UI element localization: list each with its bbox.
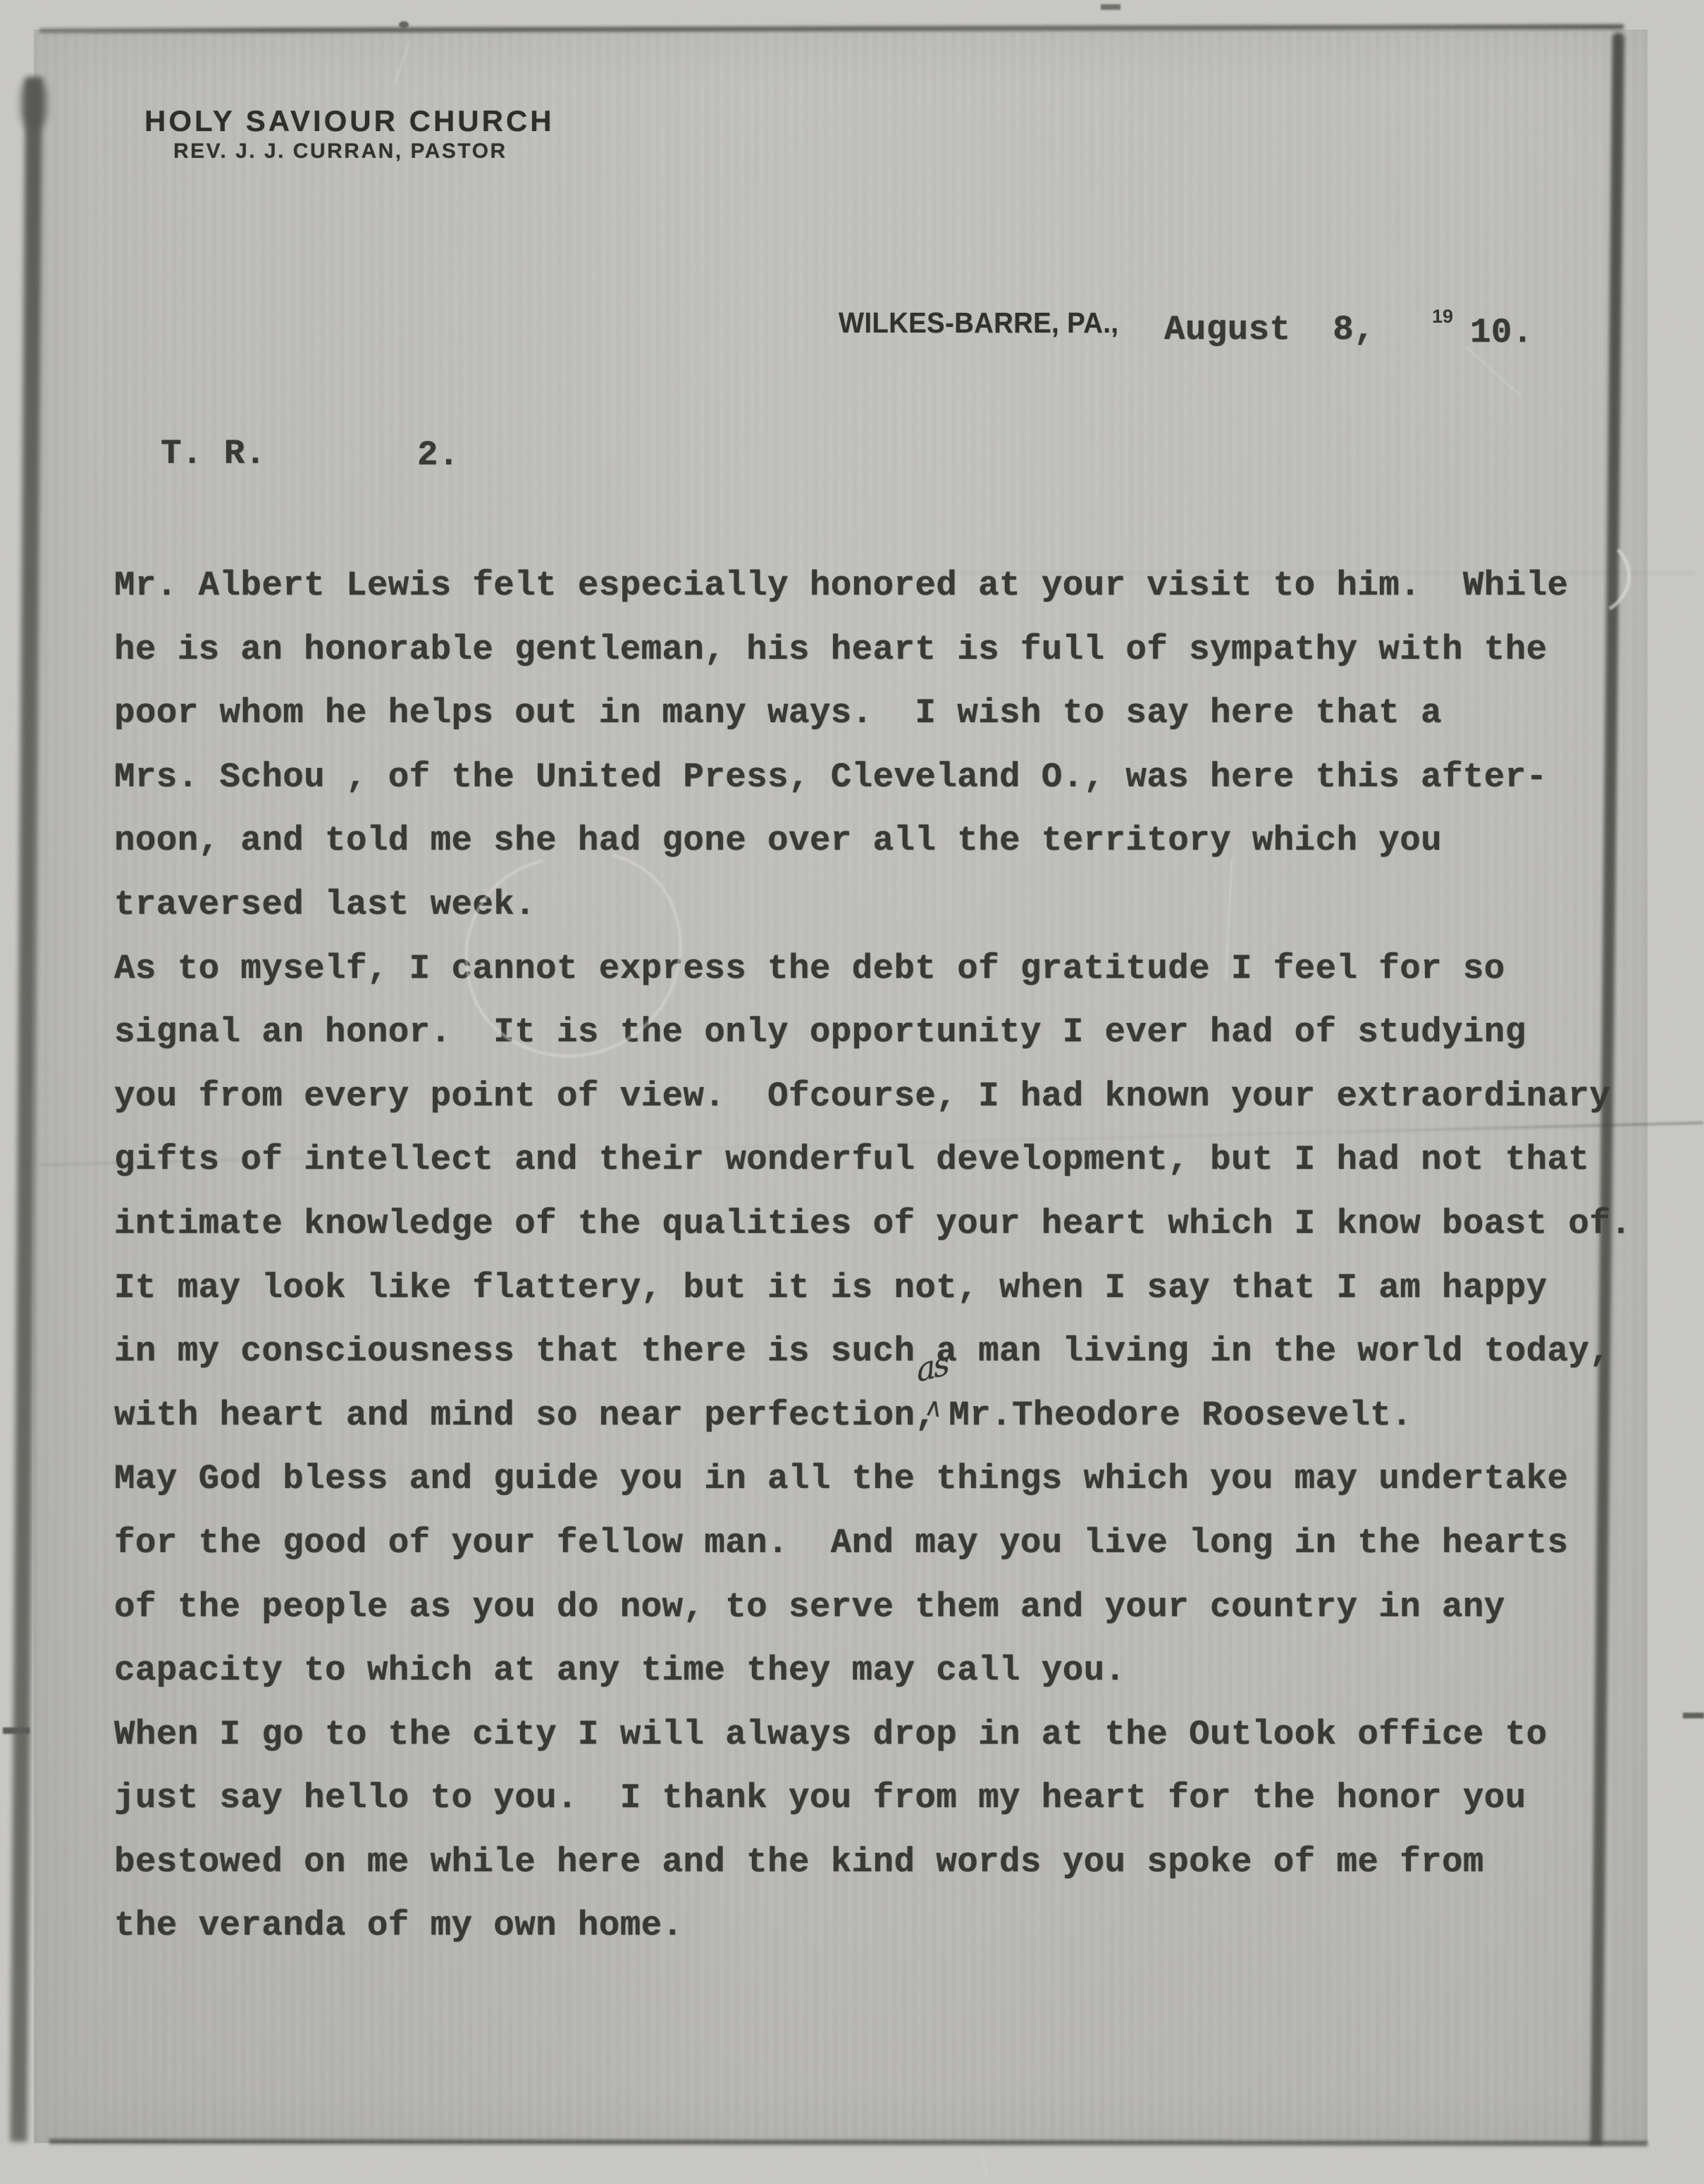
typed-line: It may look like flattery, but it is not… bbox=[114, 1256, 1650, 1320]
typed-line: traversed last week. bbox=[114, 873, 1650, 937]
typed-year: 10. bbox=[1470, 316, 1533, 350]
scanned-letter-photo: HOLY SAVIOUR CHURCH REV. J. J. CURRAN, P… bbox=[0, 0, 1704, 2184]
typed-date: August 8, bbox=[1164, 313, 1375, 347]
letterhead-church-name: HOLY SAVIOUR CHURCH bbox=[144, 106, 555, 136]
typed-line: Mrs. Schou , of the United Press, Clevel… bbox=[114, 745, 1650, 809]
typed-line: poor whom he helps out in many ways. I w… bbox=[114, 681, 1650, 745]
typed-line: of the people as you do now, to serve th… bbox=[114, 1575, 1650, 1639]
typed-line: just say hello to you. I thank you from … bbox=[114, 1766, 1650, 1830]
recipient-initials: T. R. bbox=[161, 437, 266, 471]
typed-line: gifts of intellect and their wonderful d… bbox=[114, 1128, 1650, 1192]
typed-line: May God bless and guide you in all the t… bbox=[114, 1447, 1650, 1511]
typed-line-segment: with heart and mind so near perfection, bbox=[114, 1396, 936, 1435]
typed-line: you from every point of view. Ofcourse, … bbox=[114, 1065, 1650, 1129]
typed-line-segment: Mr.Theodore Roosevelt. bbox=[949, 1396, 1412, 1435]
letterhead-pastor-line: REV. J. J. CURRAN, PASTOR bbox=[173, 141, 507, 162]
typed-line: noon, and told me she had gone over all … bbox=[114, 809, 1650, 873]
stray-mark-top bbox=[399, 21, 409, 28]
typed-line: he is an honorable gentleman, his heart … bbox=[114, 618, 1650, 682]
typed-line: the veranda of my own home. bbox=[114, 1894, 1650, 1958]
handwritten-word-as: as bbox=[915, 1346, 950, 1386]
letterhead-year-prefix: 19 bbox=[1432, 307, 1453, 326]
page-number: 2. bbox=[417, 438, 459, 473]
stray-mark-top-right bbox=[1101, 4, 1120, 10]
caret-mark: ∧ bbox=[923, 1394, 946, 1422]
typed-line-with-insertion: with heart and mind so near perfection,a… bbox=[114, 1384, 1650, 1448]
typed-line: As to myself, I cannot express the debt … bbox=[114, 937, 1650, 1001]
typed-line: in my consciousness that there is such a… bbox=[114, 1320, 1650, 1384]
typed-line: intimate knowledge of the qualities of y… bbox=[114, 1192, 1650, 1256]
typed-line: capacity to which at any time they may c… bbox=[114, 1639, 1650, 1703]
typed-line: When I go to the city I will always drop… bbox=[114, 1703, 1650, 1767]
fold-tick-right bbox=[1683, 1713, 1704, 1718]
handwritten-insertion: as∧ bbox=[936, 1424, 949, 1425]
letter-body: Mr. Albert Lewis felt especially honored… bbox=[114, 554, 1650, 1958]
typed-line: for the good of your fellow man. And may… bbox=[114, 1511, 1650, 1575]
typed-line: Mr. Albert Lewis felt especially honored… bbox=[114, 554, 1650, 618]
letterhead-place-line: WILKES-BARRE, PA., bbox=[839, 309, 1118, 337]
fold-tick-left bbox=[3, 1727, 30, 1734]
typed-line: bestowed on me while here and the kind w… bbox=[114, 1830, 1650, 1894]
typed-line: signal an honor. It is the only opportun… bbox=[114, 1000, 1650, 1065]
